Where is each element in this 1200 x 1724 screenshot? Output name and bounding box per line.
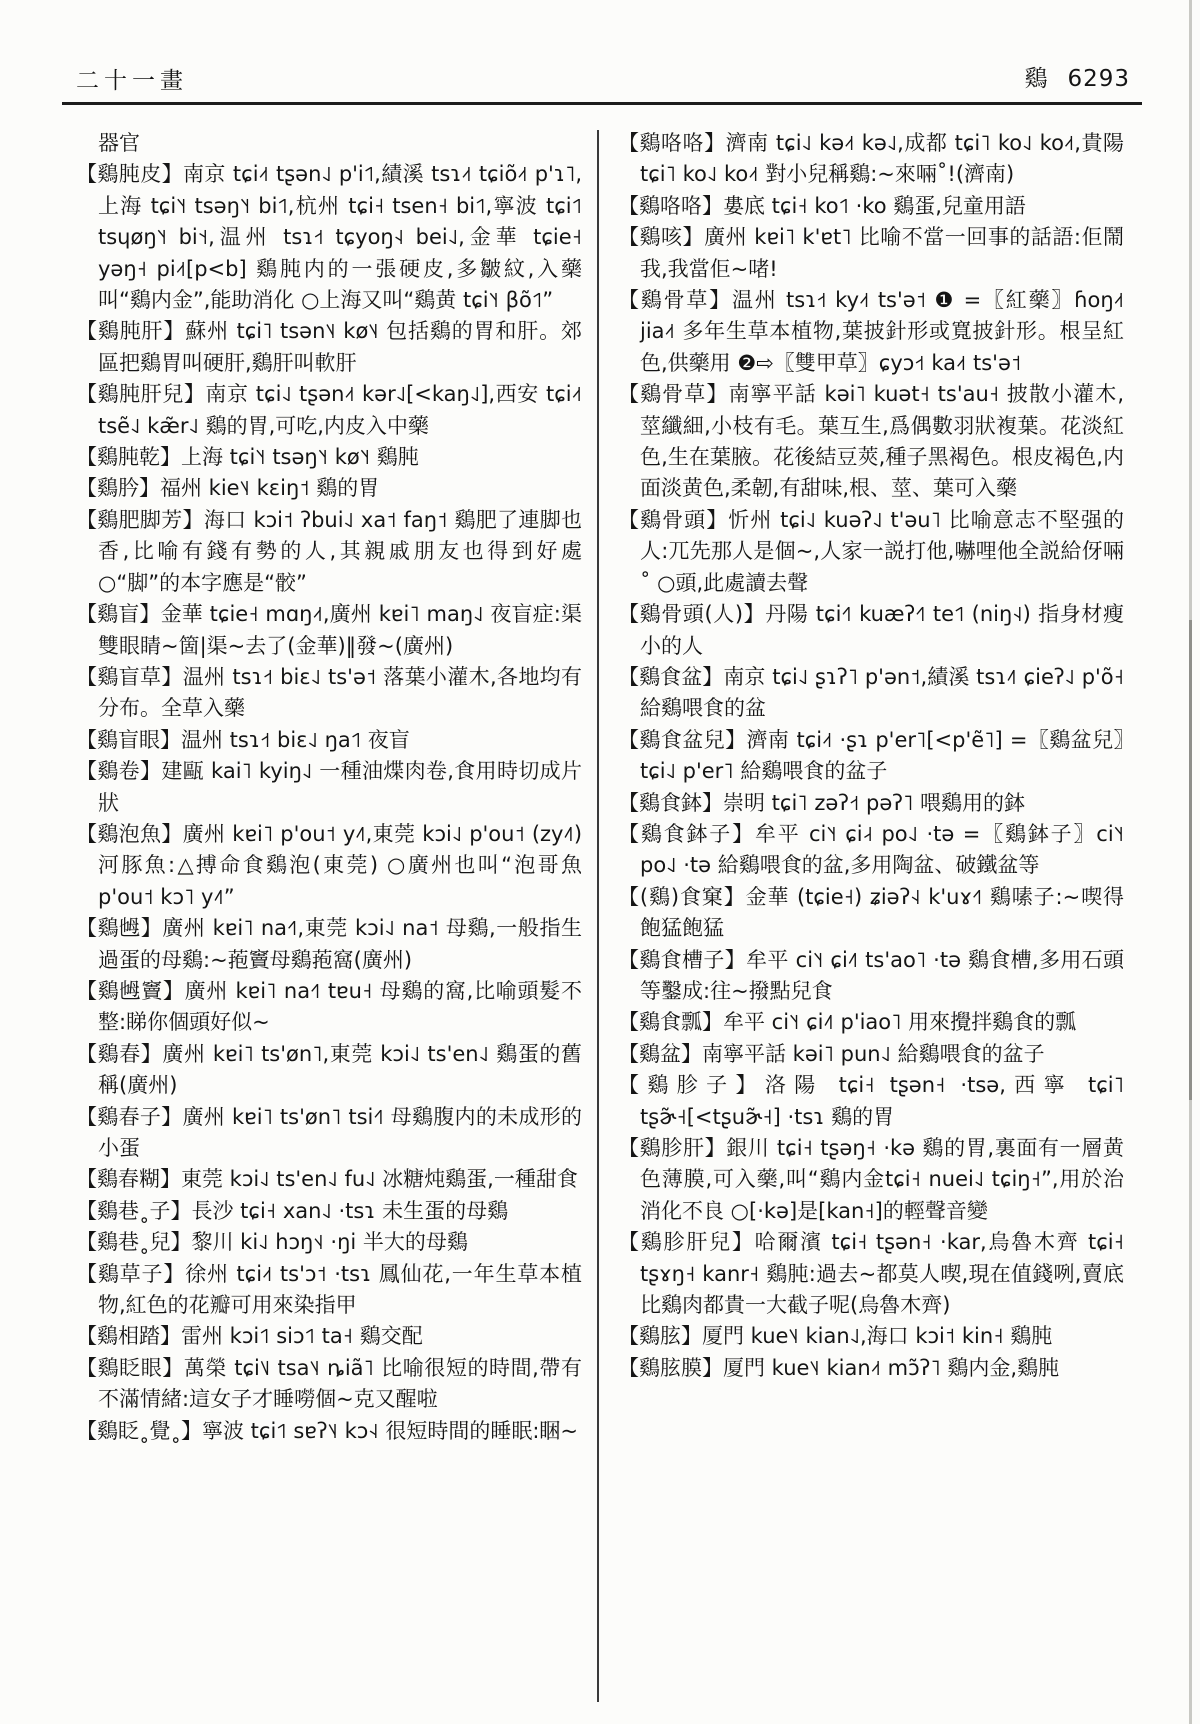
entry-headword: 【鷄眨眼】 — [76, 1356, 184, 1380]
dict-entry: 【鷄眨˳覺˳】寧波 tɕi˦˥ sɐʔ˥˨ kɔ˧˨ 很短時間的睡眠:睏~ — [76, 1416, 582, 1447]
dict-entry: 【鷄骨頭】忻州 tɕi˨˩ kuəʔ˨˩ t'əu˥ 比喻意志不堅强的人:兀先那… — [618, 505, 1124, 599]
dict-entry: 【鷄春子】廣州 kɐi˥ ts'øn˥ tsi˧˥ 母鷄腹内的未成形的小蛋 — [76, 1102, 582, 1165]
entry-body: 廣州 kɐi˥ na˧˥,東莞 kɔi˨˩ na˦ 母鷄,一般指生過蛋的母鷄:~… — [98, 916, 582, 971]
dict-entry: 【鷄食槽子】牟平 ci˥˧ ɕi˨˥ ts'ao˥ ·tə 鷄食槽,多用石頭等鑿… — [618, 945, 1124, 1008]
dict-entry: 【鷄骨頭(人)】丹陽 tɕi˧˥ kuæʔ˧˥ te˦˥ (niŋ˧˨) 指身材… — [618, 599, 1124, 662]
entry-headword: 【鷄泡魚】 — [76, 822, 183, 846]
dict-entry: 【鷄肫肝】蘇州 tɕi˥ tsən˥˨ kø˥˨ 包括鷄的胃和肝。郊區把鷄胃叫硬… — [76, 316, 582, 379]
entry-body: 建甌 kai˥ kyiŋ˨˩ 一種油煠肉卷,食用時切成片狀 — [98, 759, 582, 814]
dict-entry: 【鷄春】廣州 kɐi˥ ts'øn˥,東莞 kɔi˨˩ ts'en˨˩ 鷄蛋的舊… — [76, 1039, 582, 1102]
entry-headword: 【鷄盲草】 — [76, 665, 183, 689]
running-head: 鷄6293 — [1024, 60, 1130, 93]
entry-headword: 【鷄乸】 — [76, 916, 162, 940]
dict-entry: 【鷄食盆】南京 tɕi˨˩ ʂɿʔ˥ p'ən˦,績溪 tsɿ˨˥ ɕieʔ˨˩… — [618, 662, 1124, 725]
entry-headword: 【鷄骨草】 — [618, 288, 732, 312]
dict-entry: 【鷄骨草】温州 tsɿ˧˦ ky˨˦ ts'ə˦ ❶ =〖紅藥〗ɦoŋ˨˦ ji… — [618, 285, 1124, 379]
entry-headword: 【鷄咯咯】 — [618, 131, 726, 155]
dict-entry: 【鷄食鉢】崇明 tɕi˥ zəʔ˧˦ pəʔ˥ 喂鷄用的鉢 — [618, 788, 1124, 819]
entry-headword: 【鷄食鉢子】 — [618, 822, 755, 846]
dict-entry: 【鷄骨草】南寧平話 kəi˥ kuət˧ ts'au˧ 披散小灌木,莖纖細,小枝… — [618, 379, 1124, 505]
entry-headword: 【鷄盲眼】 — [76, 728, 181, 752]
entry-headword: 【鷄肫乾】 — [76, 445, 181, 469]
continuation-line: 器官 — [76, 128, 582, 159]
dict-entry: 【鷄胗肝兒】哈爾濱 tɕi˧ tʂən˧ ·kar,烏魯木齊 tɕi˧ tʂɤŋ… — [618, 1227, 1124, 1321]
dict-entry: 【鷄咯咯】濟南 tɕi˨˩ kə˨˦ kə˨˩,成都 tɕi˥ ko˨˩ ko˨… — [618, 128, 1124, 191]
entry-headword: 【鷄胗肝兒】 — [618, 1230, 755, 1254]
entry-body: 厦門 kue˥˨ kian˨˦ mɔ̃ʔ˥ 鷄内金,鷄肫 — [723, 1356, 1059, 1380]
dictionary-page: 二十一畫 鷄6293 器官【鷄肫皮】南京 tɕi˨˦ tʂən˨˩ p'i˦˥,… — [0, 0, 1200, 1724]
right-column: 【鷄咯咯】濟南 tɕi˨˩ kə˨˦ kə˨˩,成都 tɕi˥ ko˨˩ ko˨… — [618, 128, 1124, 1384]
dict-entry: 【鷄泡魚】廣州 kɐi˥ p'ou˦ y˨˥,東莞 kɔi˨˩ p'ou˦ (z… — [76, 819, 582, 913]
dict-entry: 【(鷄)食窠】金華 (tɕie˧) ʑiəʔ˧˨ k'uɤ˧˥ 鷄嗉子:~喫得飽… — [618, 882, 1124, 945]
dict-entry: 【鷄盲草】温州 tsɿ˧˦ biɛ˨˩ ts'ə˦ 落葉小灌木,各地均有分布。全… — [76, 662, 582, 725]
entry-headword: 【鷄盲】 — [76, 602, 161, 626]
entry-headword: 【鷄肫肝兒】 — [76, 382, 205, 406]
entry-headword: 【鷄肥脚芳】 — [76, 508, 204, 532]
dict-entry: 【鷄乸竇】廣州 kɐi˥ na˧˥ tɐu˧ 母鷄的窩,比喻頭髮不整:睇你個頭好… — [76, 976, 582, 1039]
entry-body: 東莞 kɔi˨˩ ts'en˨˩ fu˨˩ 冰糖炖鷄蛋,一種甜食 — [181, 1167, 578, 1191]
entry-body: 福州 kie˥˨ kɛiŋ˦ 鷄的胃 — [160, 476, 379, 500]
entry-body: 婁底 tɕi˧ ko˦˥ ·ko 鷄蛋,兒童用語 — [723, 194, 1026, 218]
entry-headword: 【鷄食瓢】 — [618, 1010, 723, 1034]
entry-body: 牟平 ci˥˧ ɕi˨˥ p'iao˥ 用來攪拌鷄食的瓢 — [723, 1010, 1076, 1034]
entry-headword: 【鷄骨頭】 — [618, 508, 728, 532]
entry-headword: 【鷄骨草】 — [618, 382, 728, 406]
dict-entry: 【鷄胗子】洛陽 tɕi˧ tʂən˧ ·tsə,西寧 tɕi˥ tʂɚ̃˧[<t… — [618, 1070, 1124, 1133]
running-head-character: 鷄 — [1024, 66, 1047, 92]
dict-entry: 【鷄胘膜】厦門 kue˥˨ kian˨˦ mɔ̃ʔ˥ 鷄内金,鷄肫 — [618, 1353, 1124, 1384]
dict-entry: 【鷄盲】金華 tɕie˧ mɑŋ˨˦,廣州 kɐi˥ maŋ˨˩ 夜盲症:渠雙眼… — [76, 599, 582, 662]
entry-headword: 【鷄盆】 — [618, 1042, 702, 1066]
dict-entry: 【鷄食鉢子】牟平 ci˥˧ ɕi˨˧ po˨˩ ·tə =〖鷄鉢子〗ci˥˧ p… — [618, 819, 1124, 882]
dict-entry: 【鷄巷˳兒】黎川 ki˨˩ hɔŋ˦˨ ·ŋi 半大的母鷄 — [76, 1227, 582, 1258]
entry-headword: 【鷄春】 — [76, 1042, 162, 1066]
section-heading: 二十一畫 — [76, 62, 188, 95]
dict-entry: 【鷄食盆兒】濟南 tɕi˨˦ ·ʂɿ p'er˥[<p'ẽ˥] =〖鷄盆兒〗tɕ… — [618, 725, 1124, 788]
entry-headword: 【鷄食鉢】 — [618, 791, 723, 815]
entry-headword: 【鷄胘膜】 — [618, 1356, 723, 1380]
dict-entry: 【鷄盆】南寧平話 kəi˥ pun˨˩ 給鷄喂食的盆子 — [618, 1039, 1124, 1070]
dict-entry: 【鷄巷˳子】長沙 tɕi˧ xan˨˩ ·tsɿ 未生蛋的母鷄 — [76, 1196, 582, 1227]
dict-entry: 【鷄眨眼】萬榮 tɕi˥˩ tsa˥˨ ȵiã˥ 比喻很短的時間,帶有不滿情緒:… — [76, 1353, 582, 1416]
entry-headword: 【鷄眨˳覺˳】 — [76, 1419, 202, 1443]
scan-edge-artifact — [1189, 620, 1192, 1100]
entry-body: 雷州 kɔi˦˥ siɔ˦˥ ta˧ 鷄交配 — [181, 1324, 423, 1348]
entry-headword: 【鷄胗肝】 — [618, 1136, 726, 1160]
entry-headword: 【鷄胗子】 — [618, 1073, 765, 1097]
entry-headword: 【鷄春糊】 — [76, 1167, 181, 1191]
entry-body: 廣州 kɐi˥ ts'øn˥,東莞 kɔi˨˩ ts'en˨˩ 鷄蛋的舊稱(廣州… — [98, 1042, 582, 1097]
dict-entry: 【鷄胘】厦門 kue˥˨ kian˨˩,海口 kɔi˦ kin˧ 鷄肫 — [618, 1321, 1124, 1352]
entry-headword: 【鷄骨頭(人)】 — [618, 602, 765, 626]
dict-entry: 【鷄咳】廣州 kɐi˥ k'ɐt˥ 比喻不當一回事的話語:佢鬧我,我當佢~啫! — [618, 222, 1124, 285]
dict-entry: 【鷄春糊】東莞 kɔi˨˩ ts'en˨˩ fu˨˩ 冰糖炖鷄蛋,一種甜食 — [76, 1164, 582, 1195]
entry-headword: 【鷄巷˳兒】 — [76, 1230, 192, 1254]
entry-body: 金華 tɕie˧ mɑŋ˨˦,廣州 kɐi˥ maŋ˨˩ 夜盲症:渠雙眼睛~箇|… — [98, 602, 582, 657]
dict-entry: 【鷄食瓢】牟平 ci˥˧ ɕi˨˥ p'iao˥ 用來攪拌鷄食的瓢 — [618, 1007, 1124, 1038]
dict-entry: 【鷄肫乾】上海 tɕi˥˧ tsəŋ˥˧ kø˥˧ 鷄肫 — [76, 442, 582, 473]
dict-entry: 【鷄乸】廣州 kɐi˥ na˧˥,東莞 kɔi˨˩ na˦ 母鷄,一般指生過蛋的… — [76, 913, 582, 976]
dict-entry: 【鷄肫肝兒】南京 tɕi˨˩ tʂən˨˦ kər˨˩[<kaŋ˨˩],西安 t… — [76, 379, 582, 442]
entry-headword: 【鷄食盆兒】 — [618, 728, 747, 752]
dict-entry: 【鷄盲眼】温州 tsɿ˧˦ biɛ˨˩ ŋa˦˥ 夜盲 — [76, 725, 582, 756]
header-rule — [62, 102, 1142, 105]
entry-headword: 【鷄食槽子】 — [618, 948, 746, 972]
entry-headword: 【鷄草子】 — [76, 1262, 185, 1286]
dict-entry: 【鷄卷】建甌 kai˥ kyiŋ˨˩ 一種油煠肉卷,食用時切成片狀 — [76, 756, 582, 819]
entry-body: 廣州 kɐi˥ k'ɐt˥ 比喻不當一回事的話語:佢鬧我,我當佢~啫! — [640, 225, 1124, 280]
column-divider — [597, 130, 599, 1702]
entry-headword: 【(鷄)食窠】 — [618, 885, 746, 909]
entry-body: 上海 tɕi˥˧ tsəŋ˥˧ kø˥˧ 鷄肫 — [181, 445, 419, 469]
dict-entry: 【鷄胗肝】銀川 tɕi˧ tʂəŋ˧ ·kə 鷄的胃,裏面有一層黄色薄膜,可入藥… — [618, 1133, 1124, 1227]
entry-headword: 【鷄肫皮】 — [76, 162, 183, 186]
dict-entry: 【鷄咯咯】婁底 tɕi˧ ko˦˥ ·ko 鷄蛋,兒童用語 — [618, 191, 1124, 222]
entry-headword: 【鷄春子】 — [76, 1105, 182, 1129]
entry-body: 長沙 tɕi˧ xan˨˩ ·tsɿ 未生蛋的母鷄 — [192, 1199, 509, 1223]
entry-body: 南寧平話 kəi˥ pun˨˩ 給鷄喂食的盆子 — [702, 1042, 1045, 1066]
entry-headword: 【鷄胘】 — [618, 1324, 702, 1348]
entry-headword: 【鷄咯咯】 — [618, 194, 723, 218]
entry-body: 崇明 tɕi˥ zəʔ˧˦ pəʔ˥ 喂鷄用的鉢 — [723, 791, 1025, 815]
dict-entry: 【鷄肫皮】南京 tɕi˨˦ tʂən˨˩ p'i˦˥,績溪 tsɿ˨˦ tɕiõ… — [76, 159, 582, 316]
entry-body: 寧波 tɕi˦˥ sɐʔ˥˨ kɔ˧˨ 很短時間的睡眠:睏~ — [202, 1419, 578, 1443]
entry-headword: 【鷄乸竇】 — [76, 979, 185, 1003]
entry-headword: 【鷄卷】 — [76, 759, 161, 783]
entry-headword: 【鷄咳】 — [618, 225, 704, 249]
dict-entry: 【鷄肣】福州 kie˥˨ kɛiŋ˦ 鷄的胃 — [76, 473, 582, 504]
entry-headword: 【鷄食盆】 — [618, 665, 723, 689]
dict-entry: 【鷄相踏】雷州 kɔi˦˥ siɔ˦˥ ta˧ 鷄交配 — [76, 1321, 582, 1352]
dict-entry: 【鷄肥脚芳】海口 kɔi˦ ʔbui˨˩ xa˦ faŋ˦ 鷄肥了連脚也香,比喻… — [76, 505, 582, 599]
entry-body: 黎川 ki˨˩ hɔŋ˦˨ ·ŋi 半大的母鷄 — [192, 1230, 468, 1254]
entry-headword: 【鷄巷˳子】 — [76, 1199, 192, 1223]
entry-headword: 【鷄肣】 — [76, 476, 160, 500]
dict-entry: 【鷄草子】徐州 tɕi˨˦ ts'ɔ˦ ·tsɿ 鳳仙花,一年生草本植物,紅色的… — [76, 1259, 582, 1322]
left-column: 器官【鷄肫皮】南京 tɕi˨˦ tʂən˨˩ p'i˦˥,績溪 tsɿ˨˦ tɕ… — [76, 128, 582, 1447]
entry-body: 温州 tsɿ˧˦ biɛ˨˩ ŋa˦˥ 夜盲 — [181, 728, 410, 752]
entry-headword: 【鷄相踏】 — [76, 1324, 181, 1348]
entry-headword: 【鷄肫肝】 — [76, 319, 185, 343]
entry-body: 厦門 kue˥˨ kian˨˩,海口 kɔi˦ kin˧ 鷄肫 — [702, 1324, 1052, 1348]
page-number: 6293 — [1067, 66, 1130, 92]
